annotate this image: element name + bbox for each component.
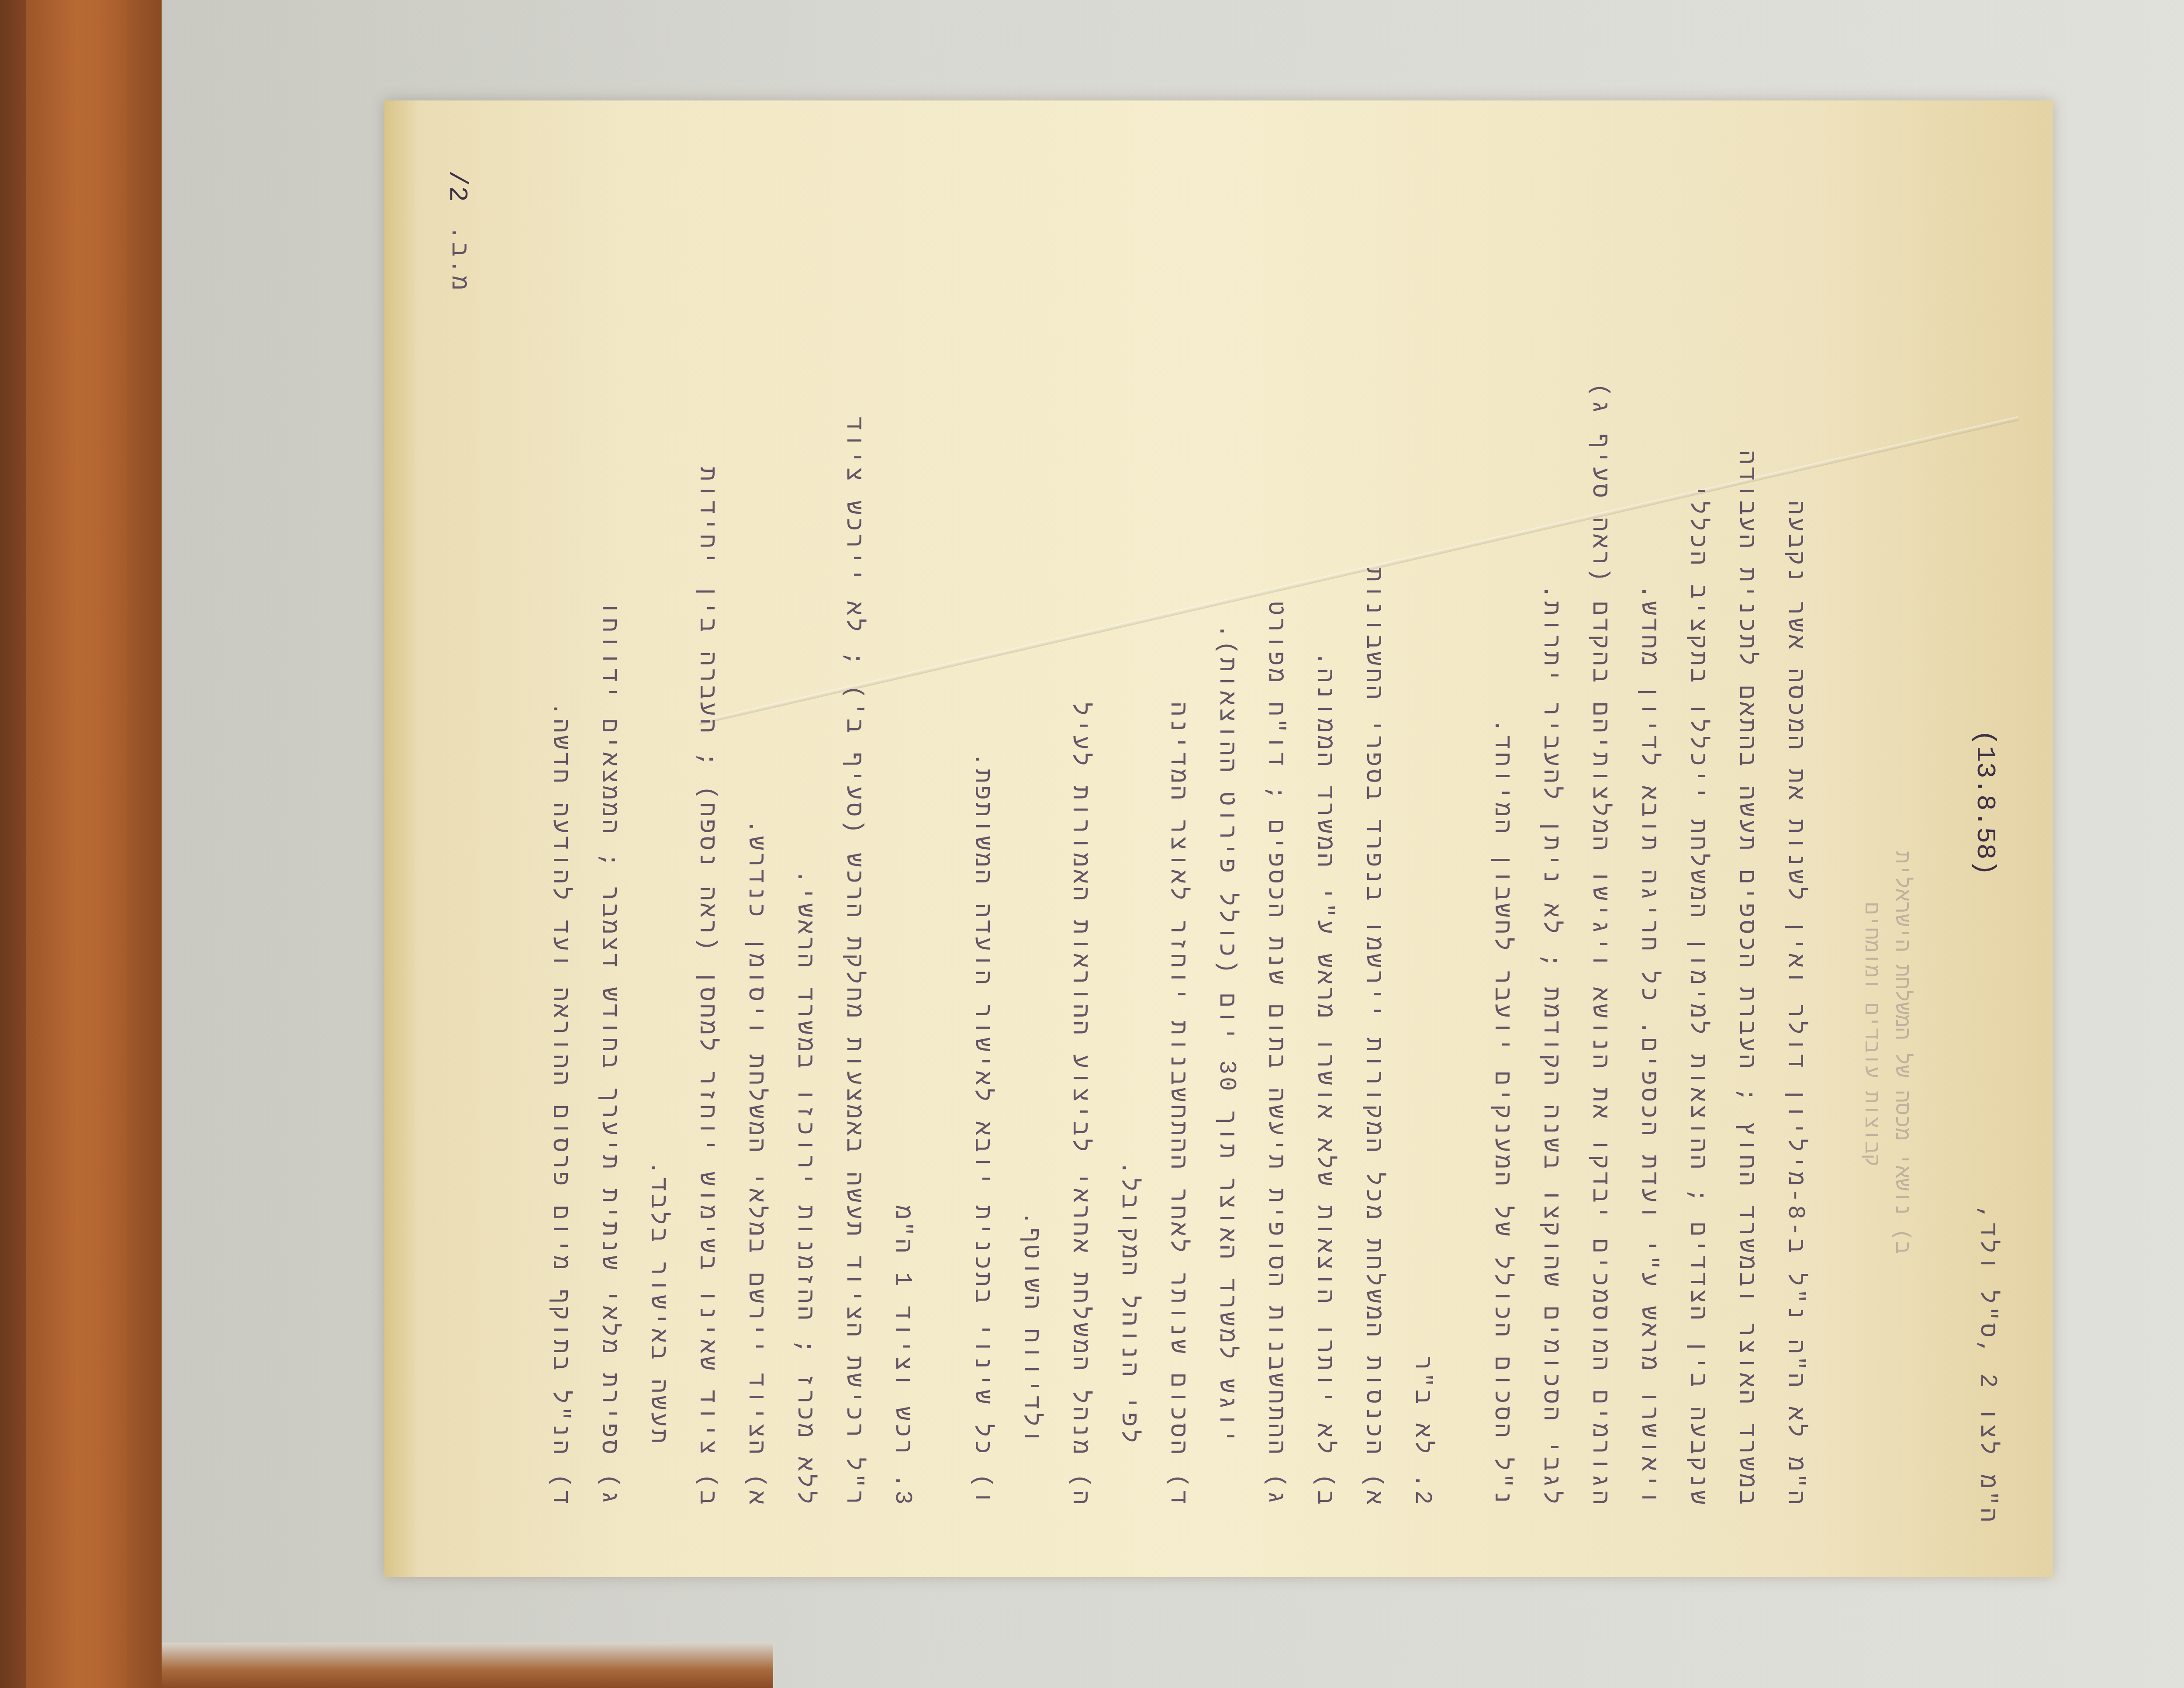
body-line: ד) הנ"ל בתוקף מיום פרסום ההוראה ועד להוד… [546, 702, 573, 1507]
body-line: הגורמים המוסמכים יבדקו את הנושא ויגישו ה… [1586, 383, 1613, 1507]
body-line: ה"מ לא ה"ה נ"ל ב-8-מיליון דולר ואין לשנו… [1782, 501, 1808, 1507]
body-line: נ"ל הסכום הכולל של המענקים יועבר לחשבון … [1488, 719, 1515, 1507]
body-line: ויאושרו מראש ע"י ועדת הכספים. כל חריגה ת… [1635, 585, 1662, 1507]
body-line: א) הכנסות המשלחת מכל המקורות יירשמו בנפר… [1360, 567, 1386, 1507]
body-line: יוגש למשרד האוצר תוך 30 יום (כולל פירוט … [1213, 624, 1240, 1446]
wood-grain [26, 0, 127, 1688]
body-line: ו) כל שינוי בתכנית יובא לאישור הועדה המש… [968, 752, 995, 1507]
rotated-text-block: (13.8.58) ה"מ לצו 2 ,ס"ל ולד, ב) נושאי מ… [411, 118, 2027, 1560]
page-marker: /2 [442, 170, 472, 202]
bleedthrough-line: ב) נושאי מכסה של המשלחת הישראלית [1890, 851, 1913, 1254]
wooden-edge-bottom [162, 1643, 773, 1688]
body-line: לגבי הסכומים שהוקצו בשנה הקודמת ; לא נית… [1537, 585, 1564, 1507]
body-line: ה) מנהל המשלחת אחראי לביצוע ההוראות האמו… [1066, 702, 1093, 1507]
body-line: ר"ל רכישת הציוד תעשה באמצעות מחלקת הרכש … [840, 417, 867, 1507]
body-line: לפי הנוהל המקובל. [1115, 1161, 1142, 1446]
document-page: (13.8.58) ה"מ לצו 2 ,ס"ל ולד, ב) נושאי מ… [384, 100, 2053, 1577]
body-line: א) הציוד יירשם במלאי המשלחת ויסומן כנדרש… [742, 819, 769, 1507]
body-line: תעשה באישור בלבד. [644, 1161, 671, 1446]
footer-initials: מ.ב. [445, 225, 472, 293]
body-line: ב) ציוד שאינו בשימוש יוחזר למחסן (ראה נס… [693, 467, 720, 1507]
body-line: ללא מכרז ; ההזמנות ירוכזו במשרד הראשי. [791, 870, 818, 1507]
header-date: (13.8.58) [1970, 730, 2001, 876]
wooden-table-edge [0, 0, 162, 1688]
body-line: ד) הסכום שנותר לאחר ההתחשבנות יוחזר לאוצ… [1164, 702, 1191, 1507]
header-title: ה"מ לצו 2 ,ס"ל ולד, [1974, 1206, 2001, 1525]
bleedthrough-line: קבוצות עובדים ומומחים [1859, 902, 1883, 1166]
body-line: במשרד האוצר ובמשרד החוץ ; העברת הכספים ת… [1733, 450, 1759, 1507]
body-line: 2. לא ב"ר [1409, 1356, 1435, 1507]
body-line: ג) ההתחשבנות הסופית תיעשה בתום שנת הכספי… [1262, 601, 1289, 1507]
body-line: ג) ספירת מלאי שנתית תיערך בחודש דצמבר ; … [595, 601, 622, 1507]
body-line: ב) לא יותרו הוצאות שלא אושרו מראש ע"י המ… [1311, 651, 1337, 1507]
body-line: ולדיווח השוטף. [1017, 1211, 1044, 1446]
body-line: שנקבעה בין הצדדים ; ההוצאות למימון המשלח… [1684, 484, 1711, 1507]
body-line: 3. רכש וציוד 1 ה"מ [889, 1205, 916, 1507]
